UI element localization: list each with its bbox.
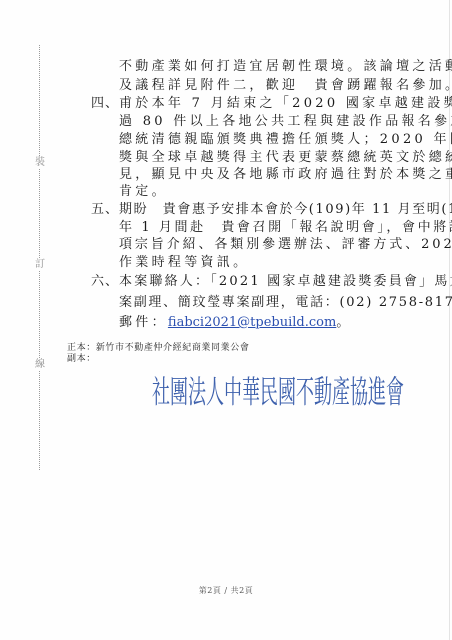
body-text: 郵件：fiabci2021@tpebuild.com。 xyxy=(119,314,353,332)
stamp-char: 產 xyxy=(332,367,350,413)
stamp-char: 法 xyxy=(188,367,206,413)
binding-dotted-line xyxy=(39,45,40,470)
email-suffix: 。 xyxy=(336,315,352,330)
original-label: 正本： xyxy=(67,343,96,353)
stamp-char: 動 xyxy=(314,367,332,413)
item-number: 五、 xyxy=(91,201,119,219)
body-text: 年 1 月間赴 貴會召開「報名說明會」，會中將說明獎 xyxy=(119,219,452,237)
item-number: 四、 xyxy=(91,95,119,113)
stamp-char: 團 xyxy=(170,367,188,413)
body-text: 及議程詳見附件二，歡迎 貴會踴躍報名參加。 xyxy=(119,77,452,95)
stamp-char: 人 xyxy=(206,367,224,413)
document-page: 裝 訂 線 不動產業如何打造宜居韌性環境。該論壇之活動簡介 及議程詳見附件二，歡… xyxy=(0,0,452,640)
body-text: 獎與全球卓越獎得主代表更蒙蔡總統英文於總統府接 xyxy=(119,149,452,167)
binding-label-ding: 訂 xyxy=(32,259,48,271)
organization-stamp: 社團法人中華民國不動產協進會 xyxy=(152,372,394,408)
body-text: 總統清德親臨頒獎典禮擔任頒獎人；2020 年國家卓越 xyxy=(119,131,452,149)
email-link[interactable]: fiabci2021@tpebuild.com xyxy=(168,315,336,330)
body-text: 過 80 件以上各地公共工程與建設作品報名參加，賴副 xyxy=(119,113,452,131)
body-text: 肯定。 xyxy=(119,183,168,201)
stamp-char: 社 xyxy=(152,367,170,413)
body-text: 甫於本年 7 月結束之「2020 國家卓越建設獎」獲超 xyxy=(119,95,452,113)
stamp-char: 中 xyxy=(224,367,242,413)
page-indicator: 第2頁 / 共2頁 xyxy=(0,585,452,596)
copy-recipient: 副本： xyxy=(67,354,96,365)
stamp-char: 國 xyxy=(278,367,296,413)
stamp-char: 華 xyxy=(242,367,260,413)
binding-label-zhuang: 裝 xyxy=(32,157,48,169)
body-text: 期盼 貴會惠予安排本會於今(109)年 11 月至明(110) xyxy=(119,201,452,219)
body-text: 案副理、簡玟瑩專案副理，電話：(02) 2758-8173，電子 xyxy=(119,294,452,312)
body-text: 本案聯絡人：「2021 國家卓越建設獎委員會」馬太元專 xyxy=(119,273,452,291)
binding-label-xian: 線 xyxy=(32,359,48,371)
stamp-char: 進 xyxy=(368,367,386,413)
stamp-char: 協 xyxy=(350,367,368,413)
copy-label: 副本： xyxy=(67,354,96,364)
body-text: 作業時程等資訊。 xyxy=(119,254,249,272)
body-text: 見，顯見中央及各地縣市政府過往對於本獎之重視與 xyxy=(119,166,452,184)
body-text: 不動產業如何打造宜居韌性環境。該論壇之活動簡介 xyxy=(119,58,452,76)
stamp-char: 不 xyxy=(296,367,314,413)
stamp-char: 會 xyxy=(386,367,404,413)
stamp-char: 民 xyxy=(260,367,278,413)
item-number: 六、 xyxy=(91,273,119,291)
body-text: 項宗旨介紹、各類別參選辦法、評審方式、2021 年度 xyxy=(119,236,452,254)
original-value: 新竹市不動產仲介經紀商業同業公會 xyxy=(96,343,250,353)
original-recipient: 正本：新竹市不動產仲介經紀商業同業公會 xyxy=(67,343,249,354)
email-prefix: 郵件： xyxy=(119,315,168,330)
